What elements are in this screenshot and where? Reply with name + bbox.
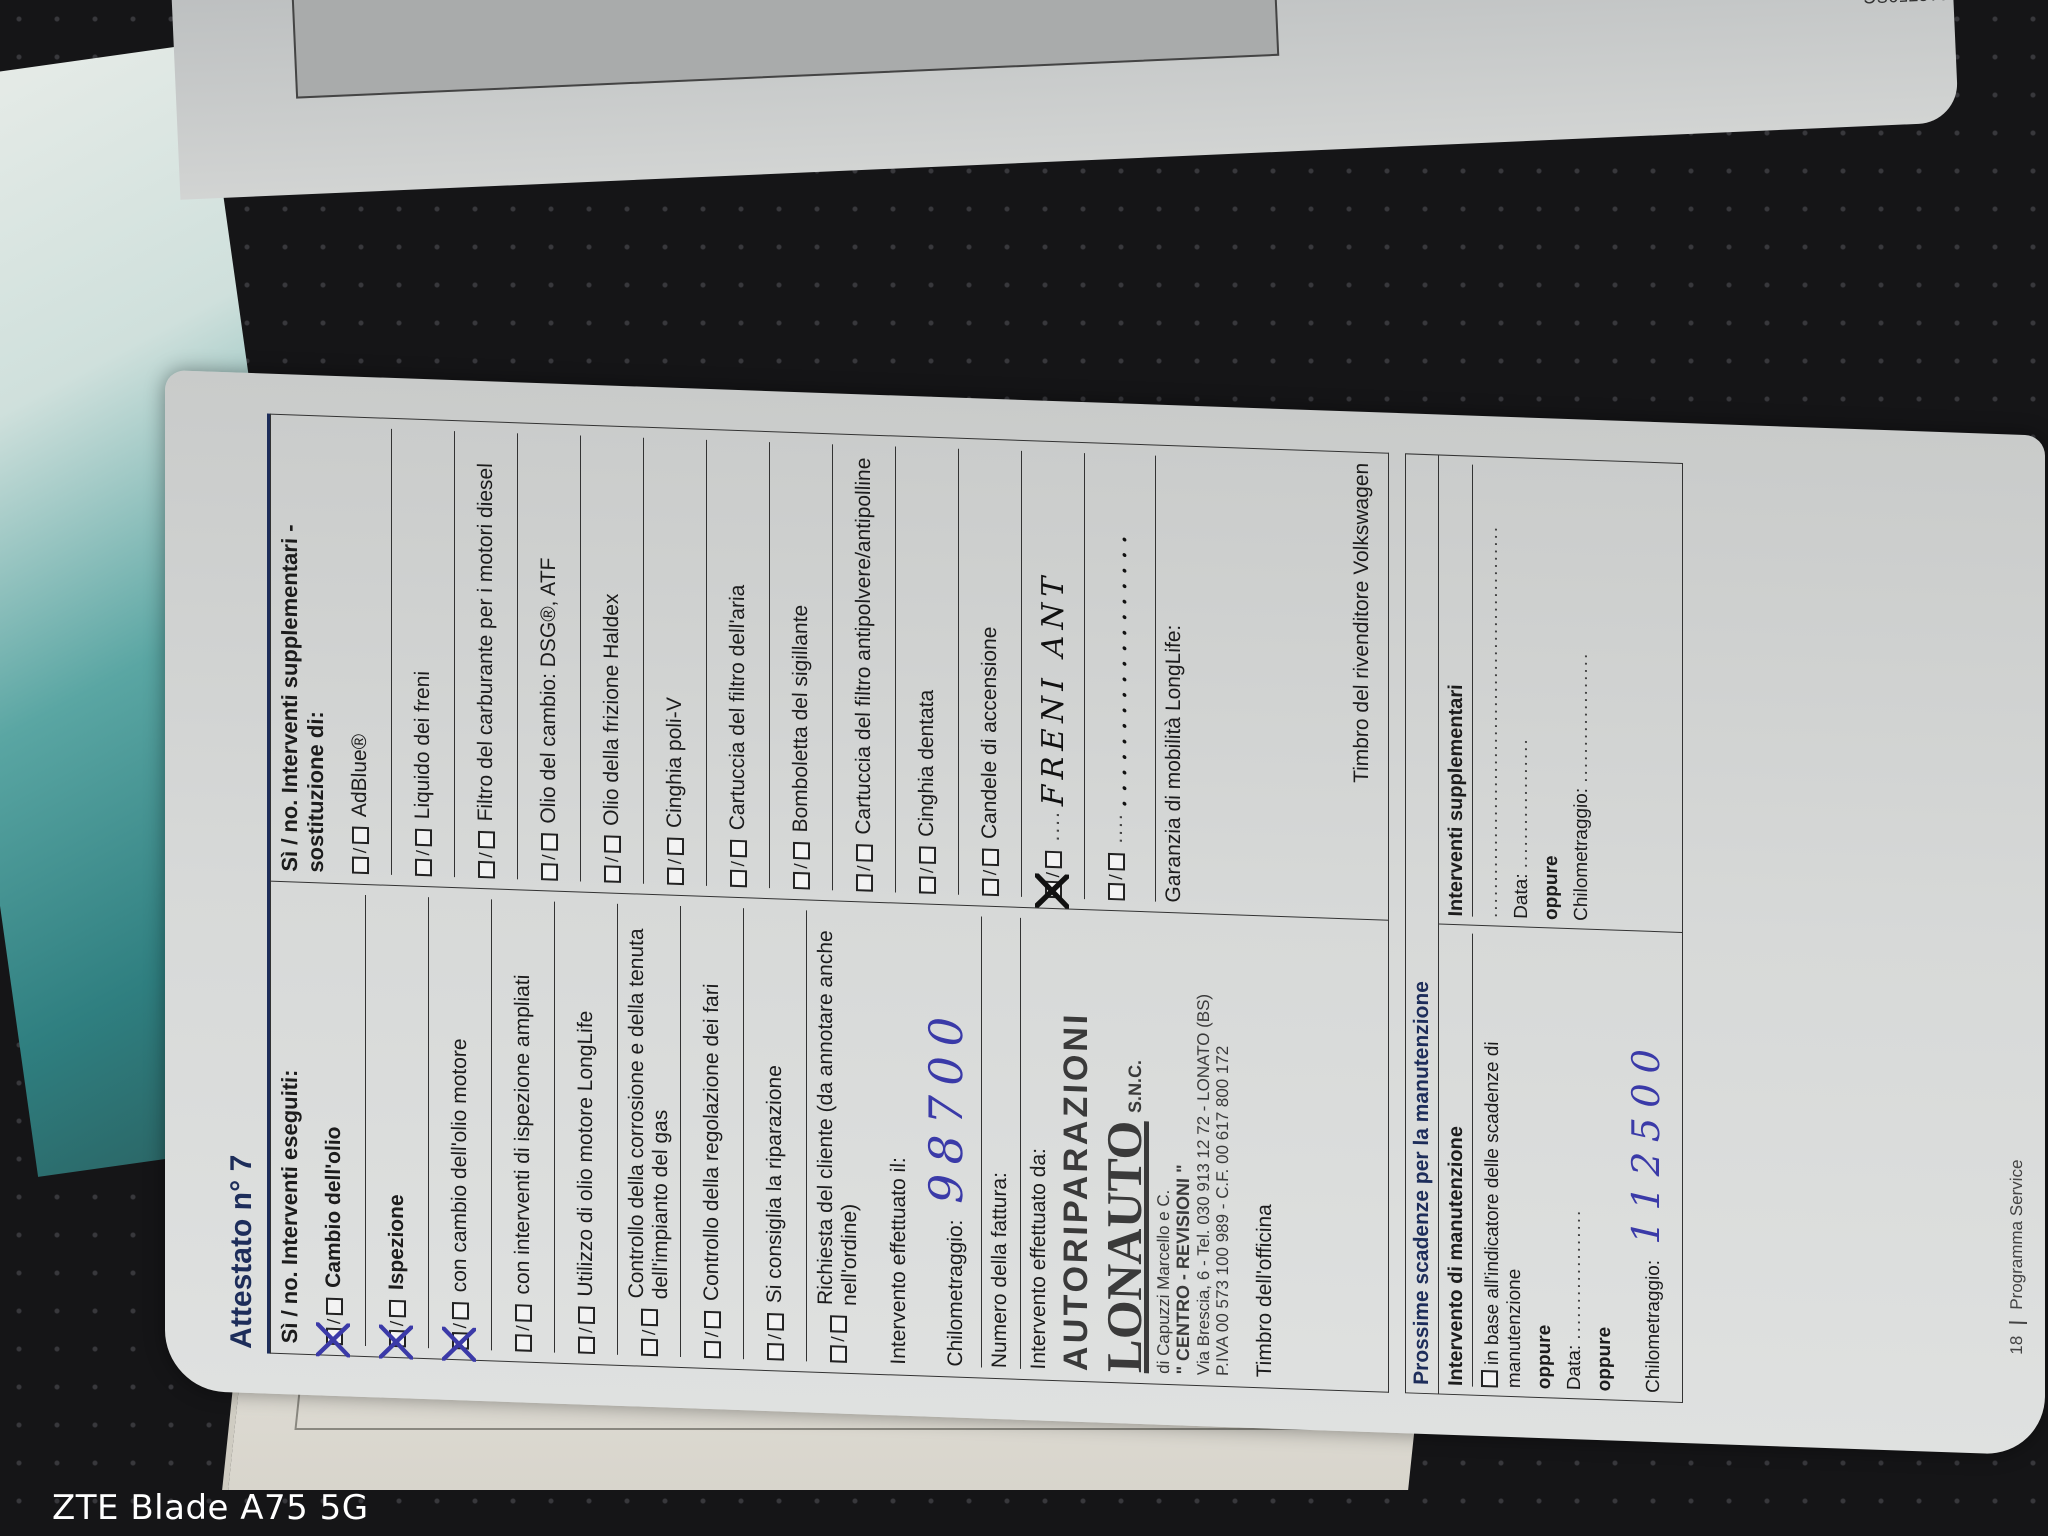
stamp-suffix: S.N.C. (1125, 1060, 1145, 1114)
or-label: oppure (1594, 938, 1616, 1391)
yes-no-checkboxes[interactable]: / (1106, 853, 1127, 901)
next-maintenance-box: Prossime scadenze per la manutenzione In… (1405, 453, 1683, 1403)
yes-no-checkboxes[interactable]: / (602, 836, 623, 884)
additional-list: /AdBlue®/Liquido dei freni/Filtro del ca… (329, 427, 1147, 902)
additional-header: Sì / no. Interventi supplementari - sost… (277, 425, 329, 873)
attestation-page: Attestato n° 7 Sì / no. Interventi esegu… (165, 370, 2045, 1456)
yes-no-checkboxes[interactable]: / (828, 1315, 849, 1363)
yes-no-checkboxes[interactable]: / (539, 833, 560, 881)
performed-item-label: con cambio dell'olio motore (448, 1038, 472, 1293)
footer-section: Programma Service (2007, 1159, 2026, 1310)
yes-no-checkboxes[interactable]: / (1043, 851, 1064, 899)
no-checkbox[interactable] (919, 847, 936, 865)
yes-checkbox[interactable] (919, 877, 936, 895)
yes-checkbox[interactable] (578, 1336, 595, 1354)
or-label: oppure (1541, 467, 1563, 920)
stamp-line: P.IVA 00 573 100 989 - C.F. 00 617 800 1… (1213, 925, 1233, 1376)
no-checkbox[interactable] (541, 833, 558, 851)
date-label: Data: (1511, 873, 1532, 919)
dotted-line: .................. (1571, 651, 1592, 783)
yes-no-checkboxes[interactable]: / (324, 1298, 345, 1346)
indicator-option[interactable]: in base all'indicatore delle scadenze di… (1481, 934, 1526, 1388)
yes-no-checkboxes[interactable]: / (350, 827, 371, 875)
separator: / (639, 1330, 660, 1336)
yes-no-checkboxes[interactable]: / (665, 838, 686, 886)
separator: / (854, 865, 875, 871)
additional-item[interactable]: /...................... (1085, 453, 1147, 901)
yes-no-checkboxes[interactable]: / (702, 1311, 723, 1359)
mobility-label: Garanzia di mobilità LongLife: (1162, 624, 1185, 903)
performed-item[interactable]: /con cambio dell'olio motore (429, 898, 492, 1351)
performed-item[interactable]: /Utilizzo di olio motore LongLife (555, 902, 618, 1355)
dealer-stamp-label: Timbro del rivenditore Volkswagen (1350, 462, 1374, 909)
no-checkbox[interactable] (641, 1309, 658, 1327)
stamp-line: Via Brescia, 6 - Tel. 030 913 12 72 - LO… (1194, 924, 1214, 1375)
yes-no-checkboxes[interactable]: / (917, 847, 938, 895)
performed-item-label: Si consiglia la riparazione (763, 1065, 787, 1304)
additional-item[interactable]: /Cinghia dentata (896, 447, 959, 895)
yes-checkbox[interactable] (704, 1341, 721, 1359)
additional-item[interactable]: /....FRENI ANT (1022, 451, 1085, 899)
yes-checkbox[interactable] (389, 1330, 406, 1348)
stamp-line: " CENTRO - REVISIONI " (1173, 923, 1194, 1374)
yes-no-checkboxes[interactable]: / (728, 840, 749, 888)
additional-item[interactable]: /Filtro del carburante per i motori dies… (455, 431, 518, 879)
separator: / (791, 863, 812, 869)
handwritten-entry[interactable]: .................. (1099, 528, 1134, 809)
additional-column: Sì / no. Interventi supplementari - sost… (271, 414, 1389, 920)
dotted-line: .................. (1564, 1208, 1585, 1340)
stamp-line: di Capuzzi Marcello e C. (1154, 923, 1174, 1374)
mileage-label: Chilometraggio: (1571, 788, 1592, 922)
yes-checkbox[interactable] (1108, 883, 1125, 901)
additional-item-label: Olio della frizione Haldex (600, 593, 624, 826)
separator: / (476, 852, 497, 858)
stamp-brand: LONAUTO (1096, 1120, 1154, 1374)
separator: / (539, 854, 560, 860)
page-footer: 18Programma Service (2007, 1159, 2027, 1355)
separator: / (702, 1332, 723, 1338)
mobility-field: Garanzia di mobilità LongLife: (1155, 456, 1342, 909)
next-date-field[interactable]: Data: .................. (1564, 937, 1586, 1390)
yes-no-checkboxes[interactable]: / (450, 1302, 471, 1350)
no-checkbox[interactable] (793, 842, 810, 860)
performed-header: Sì / no. Interventi eseguiti: (277, 892, 303, 1344)
yes-no-checkboxes[interactable]: / (854, 844, 875, 892)
yes-checkbox[interactable] (604, 866, 621, 884)
yes-checkbox[interactable] (830, 1345, 847, 1363)
date-field[interactable]: Intervento effettuato il: (887, 913, 911, 1365)
mileage-label: Chilometraggio: (1643, 1260, 1664, 1394)
figure-illustration (289, 0, 1279, 99)
no-checkbox[interactable] (604, 836, 621, 854)
yes-checkbox[interactable] (541, 863, 558, 881)
no-checkbox[interactable] (730, 840, 747, 858)
additional-item-label: Cartuccia del filtro antipolvere/antipol… (852, 457, 876, 835)
additional-item[interactable]: /Cinghia poli-V (644, 438, 707, 886)
next-maintenance-title: Prossime scadenze per la manutenzione (1406, 454, 1439, 1393)
additional-item-label: AdBlue® (348, 733, 372, 817)
no-checkbox[interactable] (578, 1306, 595, 1324)
separator: / (513, 1325, 534, 1331)
separator: / (576, 1327, 597, 1333)
yes-no-checkboxes[interactable]: / (980, 849, 1001, 897)
separator: / (917, 868, 938, 874)
date-label: Data: (1564, 1344, 1585, 1390)
maintenance-header: Intervento di manutenzione (1445, 933, 1473, 1386)
no-checkbox[interactable] (452, 1302, 469, 1320)
performed-item-label: Cambio dell'olio (322, 1126, 346, 1288)
footer-divider (2009, 1321, 2027, 1324)
mileage-label: Chilometraggio: (944, 1219, 967, 1367)
additional-item-label: Liquido dei freni (411, 671, 435, 820)
next-mileage-field[interactable]: Chilometraggio: 112500 (1624, 939, 1668, 1393)
performed-item[interactable]: /Cambio dell'olio (303, 893, 366, 1346)
yes-checkbox[interactable] (326, 1328, 343, 1346)
indicator-label: in base all'indicatore delle scadenze di… (1482, 1041, 1525, 1388)
yes-checkbox[interactable] (856, 874, 873, 892)
separator: / (765, 1334, 786, 1340)
yes-no-checkboxes[interactable]: / (387, 1300, 408, 1348)
no-checkbox[interactable] (1108, 853, 1125, 871)
performed-list: /Cambio dell'olio/Ispezione/con cambio d… (303, 893, 869, 1363)
or-label: oppure (1534, 936, 1556, 1389)
performed-item[interactable]: /Richiesta del cliente (da annotare anch… (807, 911, 869, 1364)
yes-checkbox[interactable] (641, 1339, 658, 1357)
separator: / (728, 861, 749, 867)
yes-checkbox[interactable] (352, 857, 369, 875)
attestation-table: Sì / no. Interventi eseguiti: /Cambio de… (270, 414, 1389, 1393)
dotted-line: .................. (1511, 737, 1532, 869)
yes-checkbox[interactable] (982, 879, 999, 897)
additional-item[interactable]: /Candele di accensione (959, 449, 1022, 897)
yes-checkbox[interactable] (730, 870, 747, 888)
performed-item-label: Controllo della corrosione e della tenut… (625, 904, 673, 1299)
performed-item[interactable]: /Si consiglia la riparazione (744, 909, 807, 1362)
separator: / (602, 857, 623, 863)
additional-item-label: Cinghia dentata (915, 689, 939, 837)
yes-checkbox[interactable] (1045, 881, 1062, 899)
invoice-label: Numero della fattura: (988, 1172, 1011, 1369)
no-checkbox[interactable] (767, 1313, 784, 1331)
additional-item-label: Candele di accensione (978, 626, 1002, 839)
dotted-line: .... (1041, 810, 1065, 842)
next-mileage-value: 112500 (1624, 1039, 1668, 1246)
no-checkbox[interactable] (478, 831, 495, 849)
service-booklet-page: Attestato n° 7 Sì / no. Interventi esegu… (70, 130, 1520, 1330)
next-additional-service: Interventi supplementari ...............… (1439, 455, 1682, 932)
additional-item-label: Olio del cambio: DSG®, ATF (537, 557, 561, 824)
yes-no-checkboxes[interactable]: / (639, 1309, 660, 1357)
performed-item[interactable]: /Controllo della corrosione e della tenu… (618, 904, 681, 1357)
yes-checkbox[interactable] (478, 861, 495, 879)
separator: / (350, 848, 371, 854)
additional-item-label: Cinghia poli-V (663, 697, 687, 829)
yes-no-checkboxes[interactable]: / (576, 1306, 597, 1354)
next-additional-mileage-field[interactable]: Chilometraggio: .................. (1571, 468, 1593, 921)
additional-item[interactable]: /Cartuccia del filtro dell'aria (707, 440, 770, 888)
no-checkbox[interactable] (856, 844, 873, 862)
no-checkbox[interactable] (704, 1311, 721, 1329)
yes-checkbox[interactable] (415, 859, 432, 877)
no-checkbox[interactable] (515, 1304, 532, 1322)
no-checkbox[interactable] (415, 829, 432, 847)
no-checkbox[interactable] (982, 849, 999, 867)
yes-checkbox[interactable] (767, 1343, 784, 1361)
additional-item[interactable]: /Bomboletta del sigillante (770, 442, 833, 890)
camera-watermark: ZTE Blade A75 5G (52, 1488, 369, 1528)
performed-by-field: Intervento effettuato da: AUTORIPARAZION… (1020, 918, 1233, 1376)
yes-checkbox[interactable] (515, 1334, 532, 1352)
yes-checkbox[interactable] (667, 868, 684, 886)
mileage-field[interactable]: Chilometraggio: 98700 (919, 915, 973, 1368)
separator: / (413, 850, 434, 856)
additional-item-label: Bomboletta del sigillante (789, 604, 813, 832)
additional-service-header: Interventi supplementari (1445, 464, 1473, 917)
yes-no-checkboxes[interactable]: / (476, 831, 497, 879)
workshop-stamp: AUTORIPARAZIONI LONAUTOS.N.C. di Capuzzi… (1057, 919, 1233, 1376)
performed-item[interactable]: /con interventi di ispezione ampliati (492, 900, 555, 1353)
additional-item[interactable]: /Olio del cambio: DSG®, ATF (518, 433, 581, 881)
additional-item[interactable]: /Olio della frizione Haldex (581, 436, 644, 884)
performed-item-label: con interventi di ispezione ampliati (511, 974, 535, 1295)
date-label: Intervento effettuato il: (887, 1157, 910, 1365)
yes-no-checkboxes[interactable]: / (513, 1304, 534, 1352)
additional-item[interactable]: /AdBlue® (329, 427, 392, 875)
separator: / (828, 1336, 849, 1342)
yes-checkbox[interactable] (452, 1332, 469, 1350)
performed-by-label: Intervento effettuato da: (1027, 1148, 1050, 1370)
no-checkbox[interactable] (389, 1300, 406, 1318)
yes-no-checkboxes[interactable]: / (413, 829, 434, 877)
page-number: 18 (2007, 1335, 2026, 1355)
checkbox[interactable] (1481, 1370, 1498, 1388)
yes-no-checkboxes[interactable]: / (765, 1313, 786, 1361)
page-title: Attestato n° 7 (225, 412, 259, 1349)
performed-item-label: Utilizzo di olio motore LongLife (574, 1010, 598, 1297)
separator: / (1106, 874, 1127, 880)
mileage-value: 98700 (919, 1006, 973, 1204)
stamp-line: AUTORIPARAZIONI (1057, 919, 1096, 1371)
handwritten-entry[interactable]: FRENI ANT (1036, 570, 1071, 806)
next-additional-date-field[interactable]: Data: .................. (1511, 466, 1533, 919)
invoice-field[interactable]: Numero della fattura: (981, 917, 1012, 1369)
dotted-line: .... (1104, 812, 1128, 844)
additional-item[interactable]: /Liquido dei freni (392, 429, 455, 877)
workshop-stamp-label: Timbro dell'officina (1253, 926, 1277, 1378)
yes-checkbox[interactable] (793, 872, 810, 890)
performed-item-label: Richiesta del cliente (da annotare anche… (814, 911, 862, 1306)
performed-column: Sì / no. Interventi eseguiti: /Cambio de… (271, 881, 1389, 1392)
separator: / (665, 859, 686, 865)
no-checkbox[interactable] (352, 827, 369, 845)
performed-item[interactable]: /Ispezione (366, 895, 429, 1348)
additional-item-label: Cartuccia del filtro dell'aria (726, 584, 750, 830)
dotted-line[interactable]: ........................................… (1481, 465, 1503, 918)
no-checkbox[interactable] (326, 1298, 343, 1316)
no-checkbox[interactable] (1045, 851, 1062, 869)
additional-item[interactable]: /Cartuccia del filtro antipolvere/antipo… (833, 444, 896, 892)
yes-no-checkboxes[interactable]: / (791, 842, 812, 890)
performed-item-label: Controllo della regolazione dei fari (700, 983, 724, 1301)
no-checkbox[interactable] (667, 838, 684, 856)
next-maintenance-service: Intervento di manutenzione in base all'i… (1439, 924, 1682, 1402)
no-checkbox[interactable] (830, 1315, 847, 1333)
performed-item[interactable]: /Controllo della regolazione dei fari (681, 906, 744, 1359)
performed-item-label: Ispezione (385, 1194, 409, 1291)
additional-item-label: Filtro del carburante per i motori diese… (474, 463, 498, 822)
separator: / (980, 870, 1001, 876)
